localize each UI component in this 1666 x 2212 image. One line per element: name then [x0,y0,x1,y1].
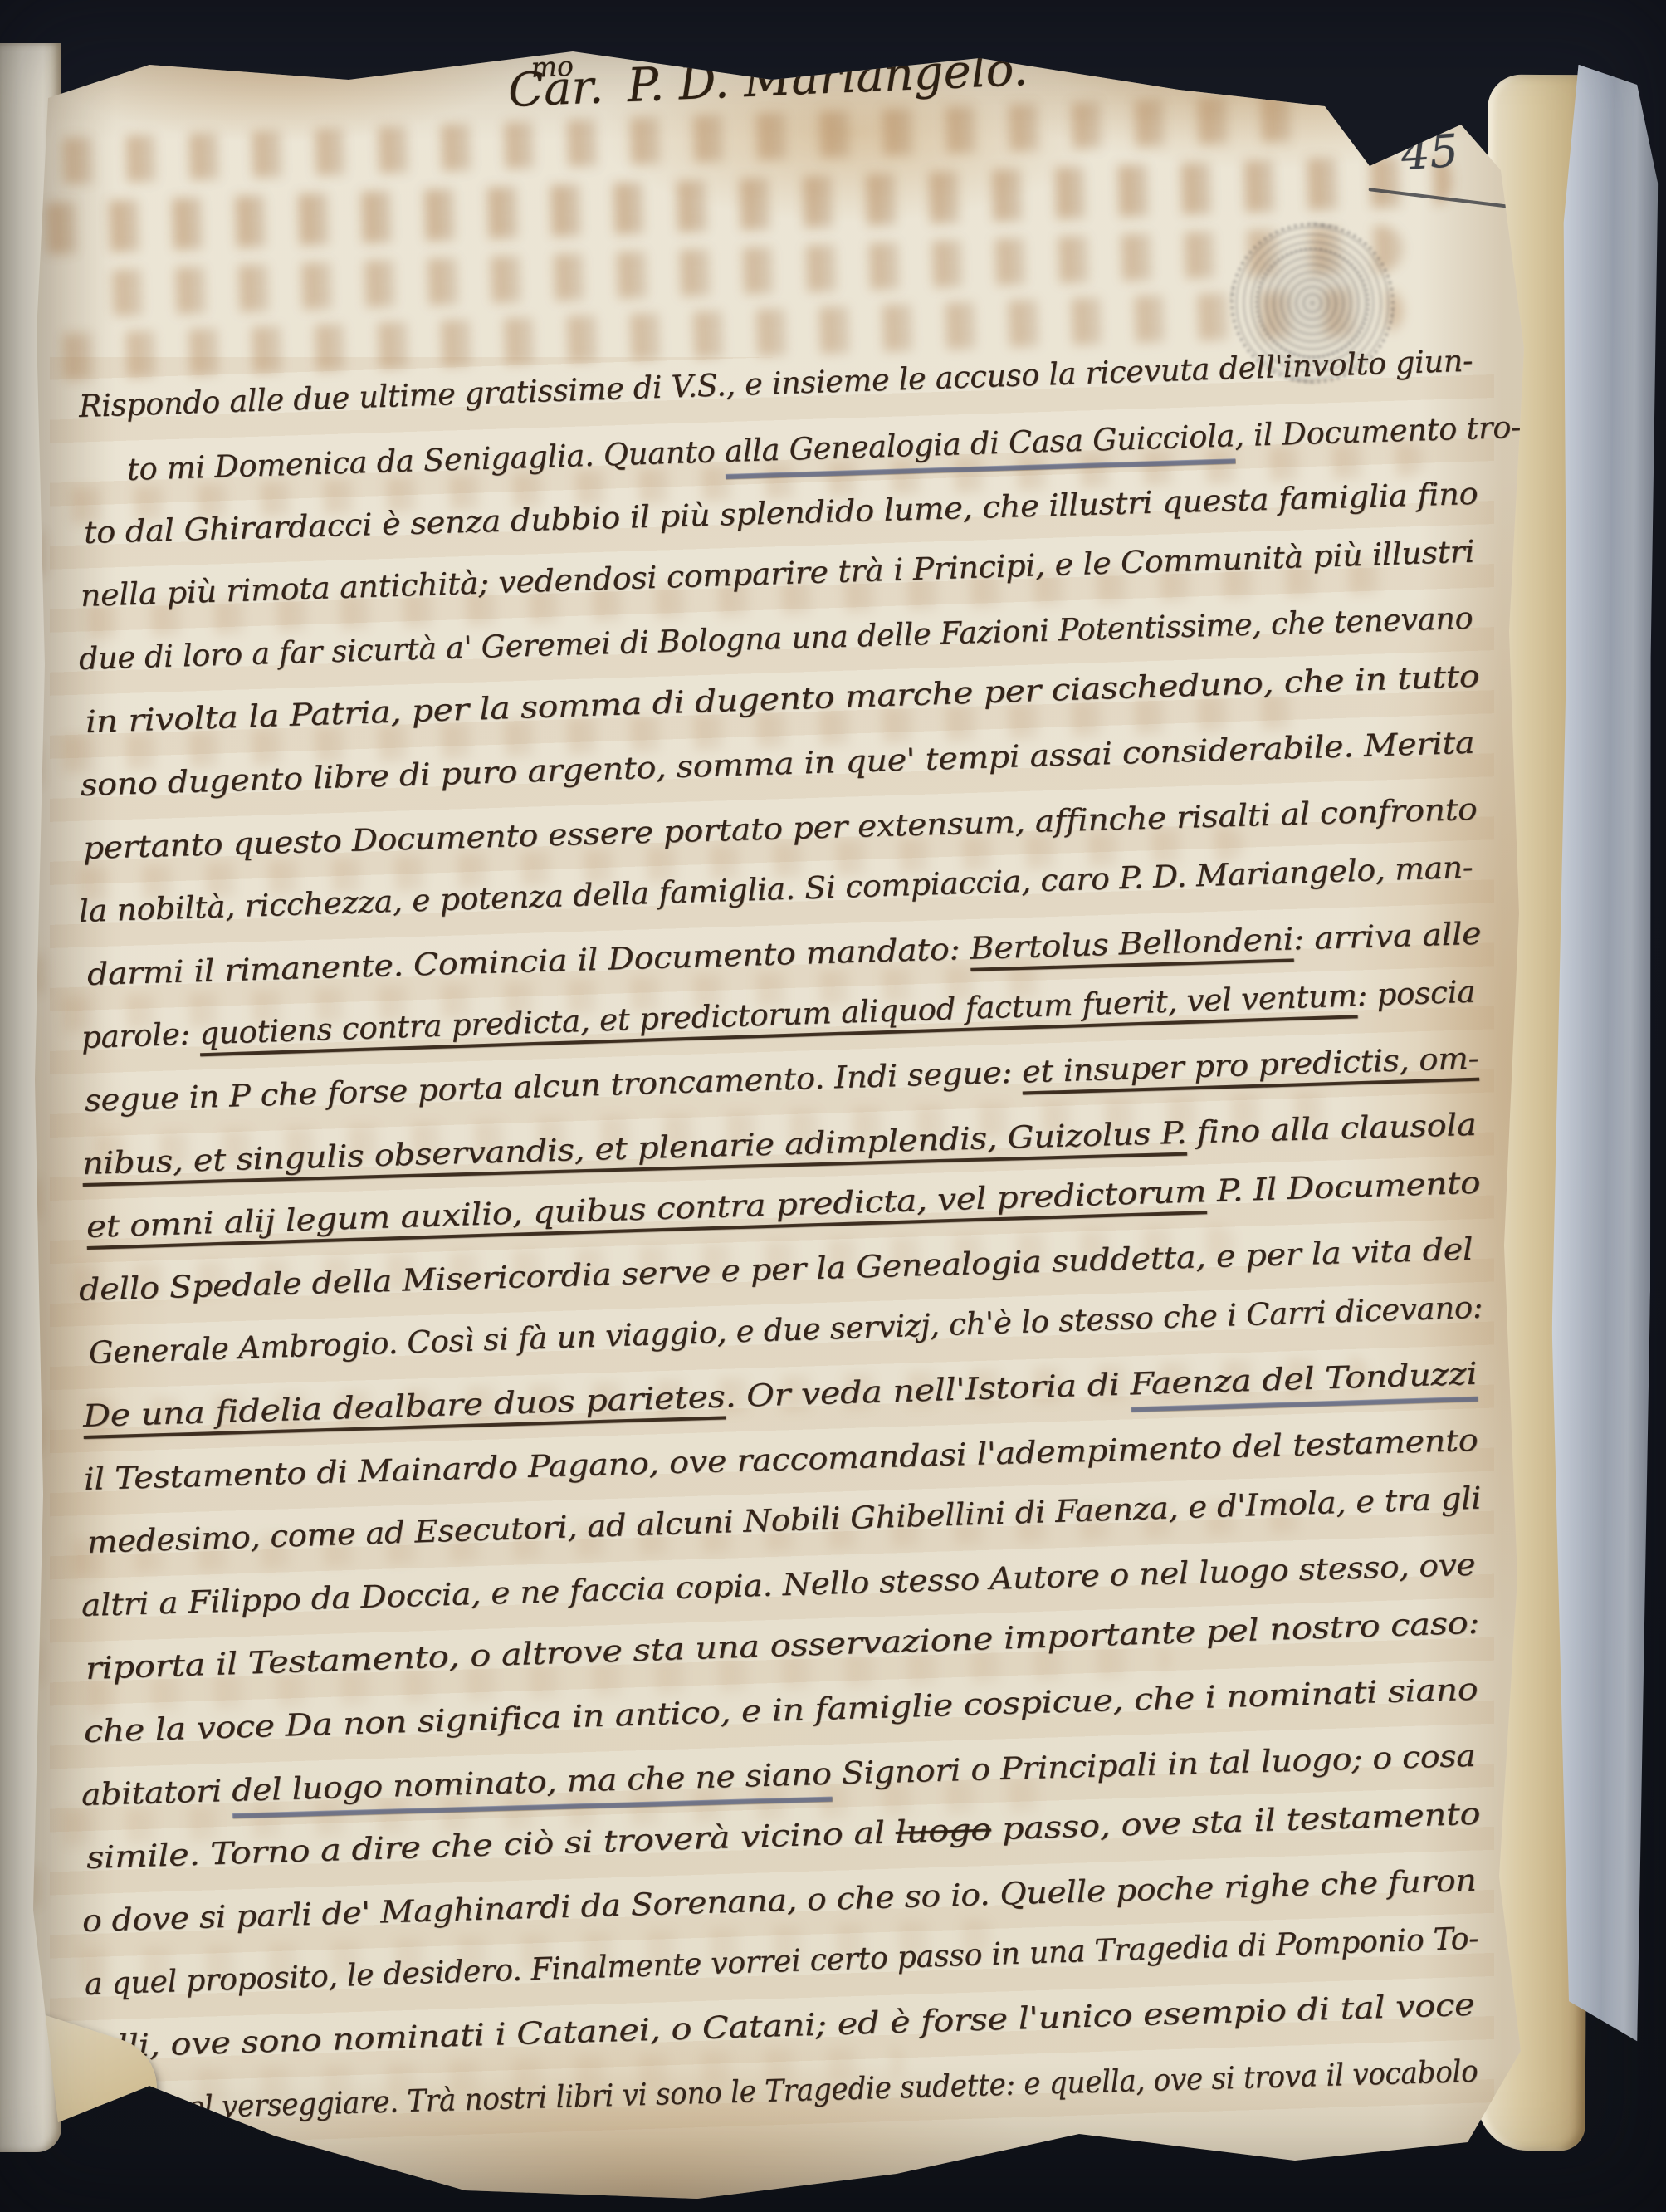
manuscript-segment: Signori o Principali in tal luogo; o cos… [831,1738,1476,1792]
manuscript-segment: et insuper pro predictis, om- [1021,1040,1479,1090]
manuscript-text: Rispondo alle due ultime gratissime di V… [79,375,1523,2142]
manuscript-segment: parole: [81,1015,200,1055]
salutation-superscript: mo [530,50,574,84]
manuscript-segment: abitatori [81,1773,232,1813]
manuscript-segment: fino alla clausola [1186,1107,1477,1151]
salutation-addressee: P. D. Mariangelo. [612,42,1029,114]
manuscript-segment: alla Genealogia di Casa Guicciola [724,418,1235,469]
manuscript-segment: luogo [895,1811,992,1850]
manuscript-segment: . Or veda nell'Istoria di [725,1366,1131,1414]
manuscript-segment: Faenza del Tonduzzi [1130,1356,1478,1402]
manuscript-segment: Bertolus Bellondeni [970,921,1294,966]
manuscript-segment: , il Documento tro- [1234,409,1522,454]
manuscript-segment: : poscia [1356,974,1476,1014]
manuscript-scan: Car.mo P. D. Mariangelo. 45 Rispondo all… [0,0,1666,2212]
manuscript-segment: passo, ove sta il testamento [990,1796,1480,1847]
manuscript-segment: : arriva alle [1292,916,1482,957]
manuscript-page: Car.mo P. D. Mariangelo. 45 Rispondo all… [0,0,1544,2212]
manuscript-segment: De una fidelia dealbare duos parietes [82,1378,726,1434]
manuscript-segment: del luogo nominato, ma che ne siano [232,1756,833,1808]
manuscript-segment: to mi Domenica da Senigaglia. Quanto [126,433,725,487]
manuscript-segment: simile. Torno a dire che ciò si troverà … [85,1814,896,1876]
folio-number: 45 [1400,125,1460,181]
manuscript-segment: P. Il Documento [1205,1165,1480,1209]
